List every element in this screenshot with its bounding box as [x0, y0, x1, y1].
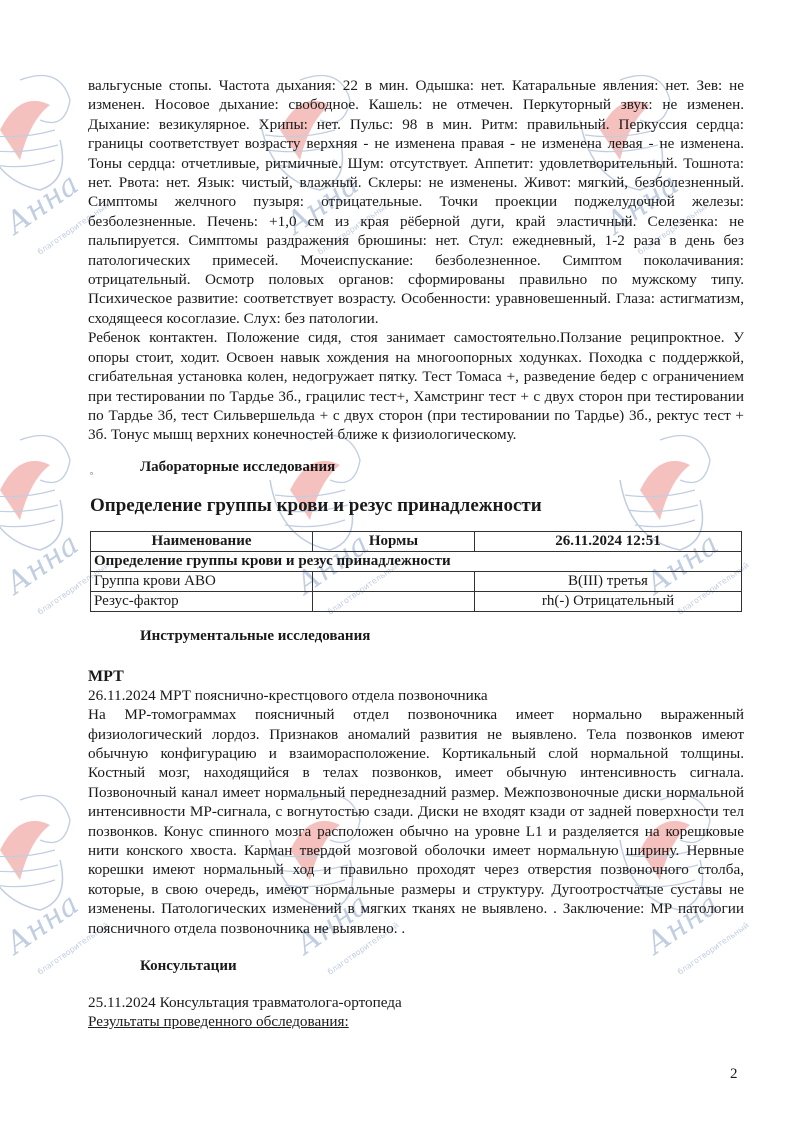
instrumental-section-header: Инструментальные исследования	[88, 628, 744, 648]
consultations-section-title: Консультации	[140, 958, 744, 975]
results-label: Результаты проведенного обследования:	[88, 1012, 744, 1031]
bullet-icon: ▫	[90, 469, 93, 478]
header-date: 26.11.2024 12:51	[475, 531, 742, 551]
mrt-description: На МР-томограммах поясничный отдел позво…	[88, 705, 744, 938]
consultations-section-header: Консультации	[88, 958, 744, 975]
blood-test-title: Определение группы крови и резус принадл…	[90, 495, 744, 517]
row-value: B(III) третья	[475, 571, 742, 591]
row-norm	[313, 571, 475, 591]
table-header-row: Наименование Нормы 26.11.2024 12:51	[91, 531, 742, 551]
svg-text:Анна: Анна	[0, 527, 85, 603]
header-norms: Нормы	[313, 531, 475, 551]
document-page: вальгусные стопы. Частота дыхания: 22 в …	[88, 76, 744, 1032]
svg-text:Анна: Анна	[0, 887, 85, 963]
mrt-date-line: 26.11.2024 МРТ пояснично-крестцового отд…	[88, 686, 744, 705]
lab-section-header: ▫ Лабораторные исследования	[88, 459, 744, 487]
exam-paragraph: вальгусные стопы. Частота дыхания: 22 в …	[88, 76, 744, 328]
mrt-title: МРТ	[88, 668, 744, 686]
row-value: rh(-) Отрицательный	[475, 591, 742, 611]
svg-text:Анна: Анна	[0, 167, 85, 243]
table-group-row: Определение группы крови и резус принадл…	[91, 551, 742, 571]
row-norm	[313, 591, 475, 611]
table-row: Резус-фактор rh(-) Отрицательный	[91, 591, 742, 611]
consultation-entry: 25.11.2024 Консультация травматолога-орт…	[88, 993, 744, 1012]
row-name: Группа крови АВО	[91, 571, 313, 591]
page-number: 2	[730, 1066, 738, 1083]
instrumental-section-title: Инструментальные исследования	[140, 628, 744, 645]
header-name: Наименование	[91, 531, 313, 551]
row-name: Резус-фактор	[91, 591, 313, 611]
table-row: Группа крови АВО B(III) третья	[91, 571, 742, 591]
motor-paragraph: Ребенок контактен. Положение сидя, стоя …	[88, 328, 744, 444]
group-label: Определение группы крови и резус принадл…	[91, 551, 742, 571]
blood-type-table: Наименование Нормы 26.11.2024 12:51 Опре…	[90, 531, 742, 612]
lab-section-title: Лабораторные исследования	[140, 459, 335, 476]
